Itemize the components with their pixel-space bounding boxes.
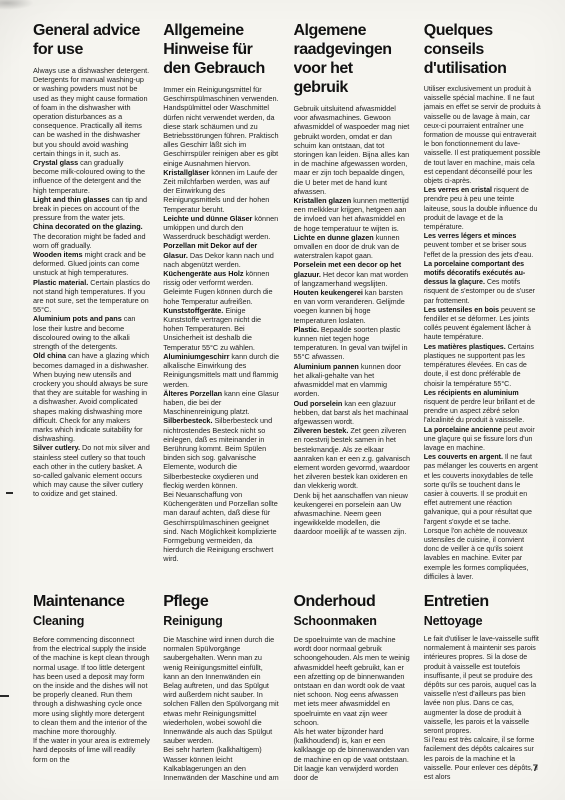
- paragraph: Denk bij het aanschaffen van nieuw keuke…: [294, 491, 411, 537]
- paragraph: Houten keukengerei kan barsten en van vo…: [294, 288, 411, 325]
- paragraph: Aluminium pannen kunnen door het alkali-…: [294, 362, 411, 399]
- maintenance-title: Pflege: [163, 593, 280, 611]
- bold-lead: Silberbesteck.: [163, 416, 212, 425]
- bold-lead: Les récipients en aluminium: [424, 389, 519, 397]
- paragraph: Küchengeräte aus Holz können rissig oder…: [163, 269, 280, 306]
- bold-lead: Plastic material.: [33, 278, 88, 287]
- language-column-nl: Algemene raadgevingen voor het gebruik G…: [294, 21, 411, 800]
- maintenance-section: Onderhoud Schoonmaken De spoelruimte van…: [294, 591, 411, 800]
- bold-lead: La porcelaine comportant des motifs déco…: [424, 260, 526, 286]
- maintenance-title: Maintenance: [33, 593, 150, 611]
- advice-section: Quelques conseils d'utilisation Utiliser…: [424, 21, 541, 591]
- maintenance-text: Le fait d'utiliser le lave-vaisselle suf…: [424, 635, 541, 782]
- paragraph: Älteres Porzellan kann eine Glasur haben…: [163, 389, 280, 417]
- bold-lead: Plastic.: [294, 325, 319, 334]
- paragraph: Les couverts en argent. Il ne faut pas m…: [424, 453, 541, 527]
- bold-lead: Les matières plastiques.: [424, 343, 506, 351]
- manual-page: General advice for use Always use a dish…: [0, 0, 565, 800]
- bold-lead: Les couverts en argent.: [424, 453, 503, 461]
- bold-lead: Aluminium pannen: [294, 362, 359, 371]
- bold-lead: Light and thin glasses: [33, 195, 110, 204]
- advice-section: Allgemeine Hinweise für den Gebrauch Imm…: [163, 21, 280, 591]
- maintenance-section: Maintenance Cleaning Before commencing d…: [33, 591, 150, 800]
- scan-artifact-smudge: [0, 0, 34, 10]
- bold-lead: Lichte en dunne glazen: [294, 233, 374, 242]
- paragraph: Silver cutlery. Do not mix silver and st…: [33, 443, 150, 498]
- paragraph: Si l'eau est très calcaire, il se forme …: [424, 736, 541, 782]
- paragraph: De spoelruimte van de machine wordt door…: [294, 635, 411, 727]
- paragraph: Les verres légers et minces peuvent tomb…: [424, 232, 541, 260]
- paragraph: Aluminiumgeschirr kann durch die alkalis…: [163, 352, 280, 389]
- bold-lead: Porzellan mit Dekor auf der Glasur.: [163, 241, 257, 259]
- maintenance-subtitle: Cleaning: [33, 614, 150, 628]
- maintenance-section: Entretien Nettoyage Le fait d'utiliser l…: [424, 591, 541, 800]
- paragraph: Les récipients en aluminium risquent de …: [424, 389, 541, 426]
- paragraph: Die Maschine wird innen durch die normal…: [163, 635, 280, 745]
- maintenance-title: Onderhoud: [294, 593, 411, 611]
- bold-lead: Les verres légers et minces: [424, 232, 517, 240]
- paragraph: Bei sehr hartem (kalkhaltigem) Wasser kö…: [163, 745, 280, 782]
- bold-lead: Les verres en cristal: [424, 186, 492, 194]
- paragraph: Immer ein Reinigungsmittel für Geschirrs…: [163, 85, 280, 168]
- paragraph: Les ustensiles en bois peuvent se fendil…: [424, 306, 541, 343]
- paragraph: Als het water bijzonder hard (kalkhouden…: [294, 727, 411, 782]
- bold-lead: Wooden items: [33, 250, 83, 259]
- language-columns: General advice for use Always use a dish…: [33, 21, 541, 800]
- paragraph: Zilveren bestek. Zet geen zilveren en ro…: [294, 426, 411, 490]
- scan-artifact-speck: [6, 492, 13, 494]
- maintenance-text: Die Maschine wird innen durch die normal…: [163, 635, 280, 782]
- paragraph: Les matières plastiques. Certains plasti…: [424, 343, 541, 389]
- paragraph: Old china can have a glazing which becom…: [33, 351, 150, 369]
- paragraph: Kristallgläser können im Laufe der Zeit …: [163, 168, 280, 214]
- paragraph: Lorsque l'on achète de nouveaux ustensil…: [424, 527, 541, 582]
- bold-lead: Aluminium pots and pans: [33, 314, 122, 323]
- page-number: 7: [533, 763, 538, 774]
- bold-lead: Kunststoffgeräte.: [163, 306, 223, 315]
- bold-lead: Old china: [33, 351, 66, 360]
- advice-text: Immer ein Reinigungsmittel für Geschirrs…: [163, 85, 280, 564]
- bold-lead: Silver cutlery.: [33, 443, 80, 452]
- paragraph: China decorated on the glazing. The deco…: [33, 222, 150, 250]
- bold-lead: Aluminiumgeschirr: [163, 352, 229, 361]
- paragraph: Crystal glass can gradually become milk-…: [33, 158, 150, 195]
- bold-lead: Crystal glass: [33, 158, 78, 167]
- paragraph: Leichte und dünne Gläser können umkippen…: [163, 214, 280, 242]
- paragraph: Kristallen glazen kunnen mettertijd een …: [294, 196, 411, 233]
- bold-lead: Älteres Porzellan: [163, 389, 222, 398]
- paragraph: Kunststoffgeräte. Einige Kunststoffe ver…: [163, 306, 280, 352]
- paragraph: Porselein met een decor op het glazuur. …: [294, 260, 411, 288]
- advice-section: General advice for use Always use a dish…: [33, 21, 150, 591]
- bold-lead: Les ustensiles en bois: [424, 306, 499, 314]
- paragraph: Bei Neuanschaffung von Küchengeräten und…: [163, 490, 280, 564]
- advice-title: General advice for use: [33, 21, 150, 59]
- paragraph: Aluminium pots and pans can lose their l…: [33, 314, 150, 351]
- paragraph: Plastic material. Certain plastics do no…: [33, 278, 150, 315]
- bold-lead: Küchengeräte aus Holz: [163, 269, 243, 278]
- advice-text: Utiliser exclusivement un produit à vais…: [424, 85, 541, 582]
- maintenance-subtitle: Reinigung: [163, 614, 280, 628]
- maintenance-subtitle: Schoonmaken: [294, 614, 411, 628]
- paragraph: La porcelaine comportant des motifs déco…: [424, 260, 541, 306]
- paragraph: Lichte en dunne glazen kunnen omvallen e…: [294, 233, 411, 261]
- bold-lead: Oud porselein: [294, 399, 343, 408]
- advice-text: Always use a dishwasher detergent. Deter…: [33, 66, 150, 499]
- bold-lead: Zilveren bestek.: [294, 426, 349, 435]
- paragraph: La porcelaine ancienne peut avoir une gl…: [424, 426, 541, 454]
- paragraph: Le fait d'utiliser le lave-vaisselle suf…: [424, 635, 541, 736]
- bold-lead: Leichte und dünne Gläser: [163, 214, 252, 223]
- paragraph: Silberbesteck. Silberbesteck und nichtro…: [163, 416, 280, 490]
- paragraph: When buying new utensils and crockery yo…: [33, 370, 150, 444]
- bold-lead: Kristallen glazen: [294, 196, 352, 205]
- paragraph: Porzellan mit Dekor auf der Glasur. Das …: [163, 241, 280, 269]
- paragraph: Les verres en cristal risquent de prendr…: [424, 186, 541, 232]
- paragraph: Always use a dishwasher detergent. Deter…: [33, 66, 150, 158]
- paragraph: Utiliser exclusivement un produit à vais…: [424, 85, 541, 186]
- advice-text: Gebruik uitsluitend afwasmiddel voor afw…: [294, 104, 411, 537]
- maintenance-title: Entretien: [424, 593, 541, 611]
- bold-lead: China decorated on the glazing.: [33, 222, 143, 231]
- advice-title: Algemene raadgevingen voor het gebruik: [294, 21, 411, 97]
- bold-lead: La porcelaine ancienne: [424, 426, 502, 434]
- maintenance-text: Before commencing disconnect from the el…: [33, 635, 150, 764]
- scan-artifact-speck: [0, 695, 9, 697]
- advice-section: Algemene raadgevingen voor het gebruik G…: [294, 21, 411, 591]
- advice-title: Quelques conseils d'utilisation: [424, 21, 541, 78]
- language-column-fr: Quelques conseils d'utilisation Utiliser…: [424, 21, 541, 800]
- paragraph: Before commencing disconnect from the el…: [33, 635, 150, 736]
- maintenance-section: Pflege Reinigung Die Maschine wird innen…: [163, 591, 280, 800]
- paragraph: Gebruik uitsluitend afwasmiddel voor afw…: [294, 104, 411, 196]
- paragraph: If the water in your area is extremely h…: [33, 736, 150, 764]
- bold-lead: Porselein met een decor op het glazuur.: [294, 260, 402, 278]
- language-column-en: General advice for use Always use a dish…: [33, 21, 150, 800]
- bold-lead: Kristallgläser: [163, 168, 209, 177]
- paragraph: Wooden items might crack and be deformed…: [33, 250, 150, 278]
- maintenance-subtitle: Nettoyage: [424, 614, 541, 628]
- bold-lead: Houten keukengerei: [294, 288, 363, 297]
- paragraph: Light and thin glasses can tip and break…: [33, 195, 150, 223]
- advice-title: Allgemeine Hinweise für den Gebrauch: [163, 21, 280, 78]
- paragraph: Oud porselein kan een glazuur hebben, da…: [294, 399, 411, 427]
- paragraph: Plastic. Bepaalde soorten plastic kunnen…: [294, 325, 411, 362]
- language-column-de: Allgemeine Hinweise für den Gebrauch Imm…: [163, 21, 280, 800]
- maintenance-text: De spoelruimte van de machine wordt door…: [294, 635, 411, 782]
